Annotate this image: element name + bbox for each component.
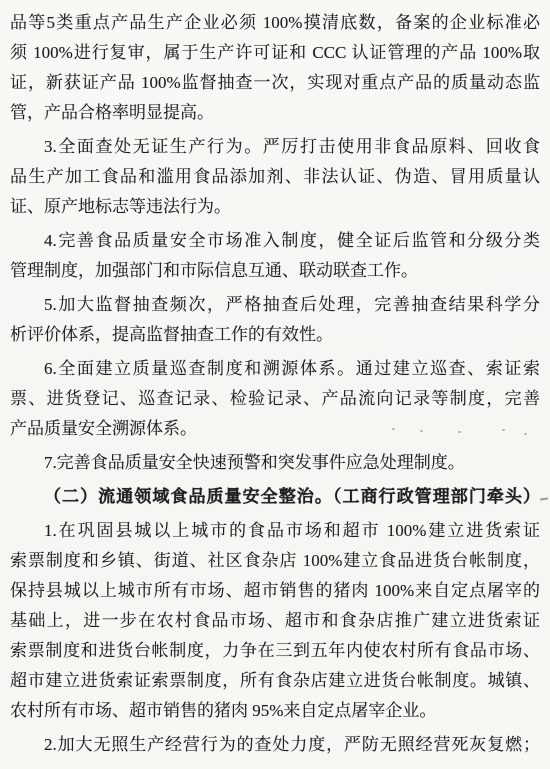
scan-speck (458, 431, 461, 433)
scan-speck (420, 430, 423, 432)
text-line: 基础上，进一步在农村食品市场、超市和食杂店推广建立进货索证 (10, 606, 540, 636)
text-line: 品生产加工食品和滥用食品添加剂、非法认证、伪造、冒用质量认 (10, 162, 540, 192)
text-line: 管，产品合格率明显提高。 (10, 98, 540, 128)
scanned-document-page: 品等5类重点产品生产企业必须 100%摸清底数，备案的企业标准必 须 100%进… (0, 0, 550, 769)
paragraph-item-7: 7.完善食品质量安全快速预警和突发事件应急处理制度。 (10, 448, 540, 478)
text-line: 索票制度和乡镇、街道、社区食杂店 100%建立食品进货台帐制度， (10, 546, 540, 576)
scan-speck (502, 429, 505, 431)
text-line: 4.完善食品质量安全市场准入制度，健全证后监管和分级分类 (10, 226, 540, 256)
text-line: 5.加大监督抽查频次，严格抽查后处理，完善抽查结果科学分 (10, 290, 540, 320)
text-line: 索票制度和进货台帐制度，力争在三到五年内使农村所有食品市场、 (10, 636, 540, 666)
text-line: 7.完善食品质量安全快速预警和突发事件应急处理制度。 (10, 448, 540, 478)
text-line: 证、原产地标志等违法行为。 (10, 192, 540, 222)
text-line: 证，新获证产品 100%监督抽查一次，实现对重点产品的质量动态监 (10, 68, 540, 98)
text-line: 品等5类重点产品生产企业必须 100%摸清底数，备案的企业标准必 (10, 8, 540, 38)
text-line: 须 100%进行复审，属于生产许可证和 CCC 认证管理的产品 100%取 (10, 38, 540, 68)
text-line: 超市建立进货索证索票制度，所有食杂店建立进货台帐制度。城镇、 (10, 666, 540, 696)
paragraph-item-5: 5.加大监督抽查频次，严格抽查后处理，完善抽查结果科学分 析评价体系，提高监督抽… (10, 290, 540, 350)
paragraph-item-2: 2.加大无照生产经营行为的查处力度，严防无照经营死灰复燃； (10, 730, 540, 760)
text-line: 2.加大无照生产经营行为的查处力度，严防无照经营死灰复燃； (10, 730, 540, 760)
scan-speck (392, 428, 395, 430)
text-line: 3.全面查处无证生产行为。严厉打击使用非食品原料、回收食 (10, 132, 540, 162)
text-line: 析评价体系，提高监督抽查工作的有效性。 (10, 320, 540, 350)
paragraph-item-4: 4.完善食品质量安全市场准入制度，健全证后监管和分级分类 管理制度，加强部门和市… (10, 226, 540, 286)
text-line: 6.全面建立质量巡查制度和溯源体系。通过建立巡查、索证索 (10, 354, 540, 384)
scan-tick (540, 497, 548, 500)
text-line: 农村所有市场、超市销售的猪肉 95%来自定点屠宰企业。 (10, 696, 540, 726)
text-line: 保持县城以上城市所有市场、超市销售的猪肉 100%来自定点屠宰的 (10, 576, 540, 606)
paragraph-item-1: 1.在巩固县城以上城市的食品市场和超市 100%建立进货索证 索票制度和乡镇、街… (10, 516, 540, 726)
text-line: 票、进货登记、巡查记录、检验记录、产品流向记录等制度，完善 (10, 384, 540, 414)
paragraph-item-3: 3.全面查处无证生产行为。严厉打击使用非食品原料、回收食 品生产加工食品和滥用食… (10, 132, 540, 222)
section-heading-line: （二）流通领域食品质量安全整治。（工商行政管理部门牵头） (10, 482, 540, 512)
scan-speck (524, 433, 527, 435)
section-heading: （二）流通领域食品质量安全整治。（工商行政管理部门牵头） (10, 482, 540, 512)
text-line: 1.在巩固县城以上城市的食品市场和超市 100%建立进货索证 (10, 516, 540, 546)
text-line: 产品质量安全溯源体系。 (10, 414, 540, 444)
text-line: 管理制度，加强部门和市际信息互通、联动联查工作。 (10, 256, 540, 286)
paragraph-continuation: 品等5类重点产品生产企业必须 100%摸清底数，备案的企业标准必 须 100%进… (10, 8, 540, 128)
